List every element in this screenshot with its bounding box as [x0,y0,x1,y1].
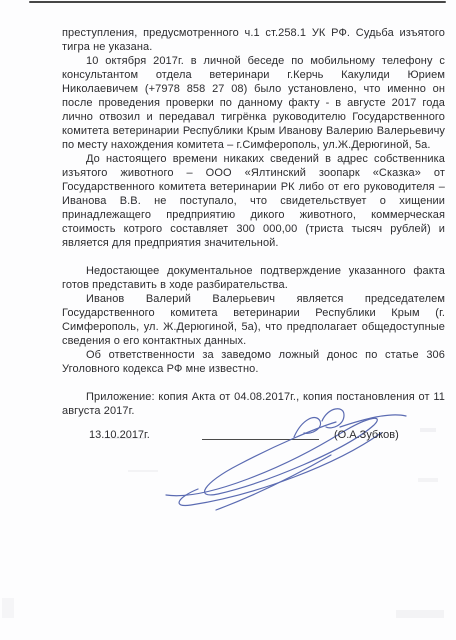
scanned-document-page: преступления, предусмотренного ч.1 ст.25… [0,0,456,640]
signatory-name: (О.А.Зубков) [334,429,399,441]
document-paragraph: Об ответственности за заведомо ложный до… [62,348,445,376]
document-paragraph: До настоящего времени никаких сведений в… [62,152,445,250]
scan-noise [2,598,14,618]
document-body: преступления, предусмотренного ч.1 ст.25… [62,26,445,418]
handwritten-signature [144,393,420,517]
signature-date: 13.10.2017г. [89,429,150,441]
document-paragraph: преступления, предусмотренного ч.1 ст.25… [62,26,445,54]
signature-block: 13.10.2017г. (О.А.Зубков) [62,403,452,528]
document-paragraph: Недостающее документальное подтверждение… [62,264,445,292]
scan-noise [396,610,444,618]
document-paragraph: 10 октября 2017г. в личной беседе по моб… [62,54,445,152]
document-paragraph: Иванов Валерий Валерьевич является предс… [62,292,445,348]
scan-edge-line [29,1,446,3]
